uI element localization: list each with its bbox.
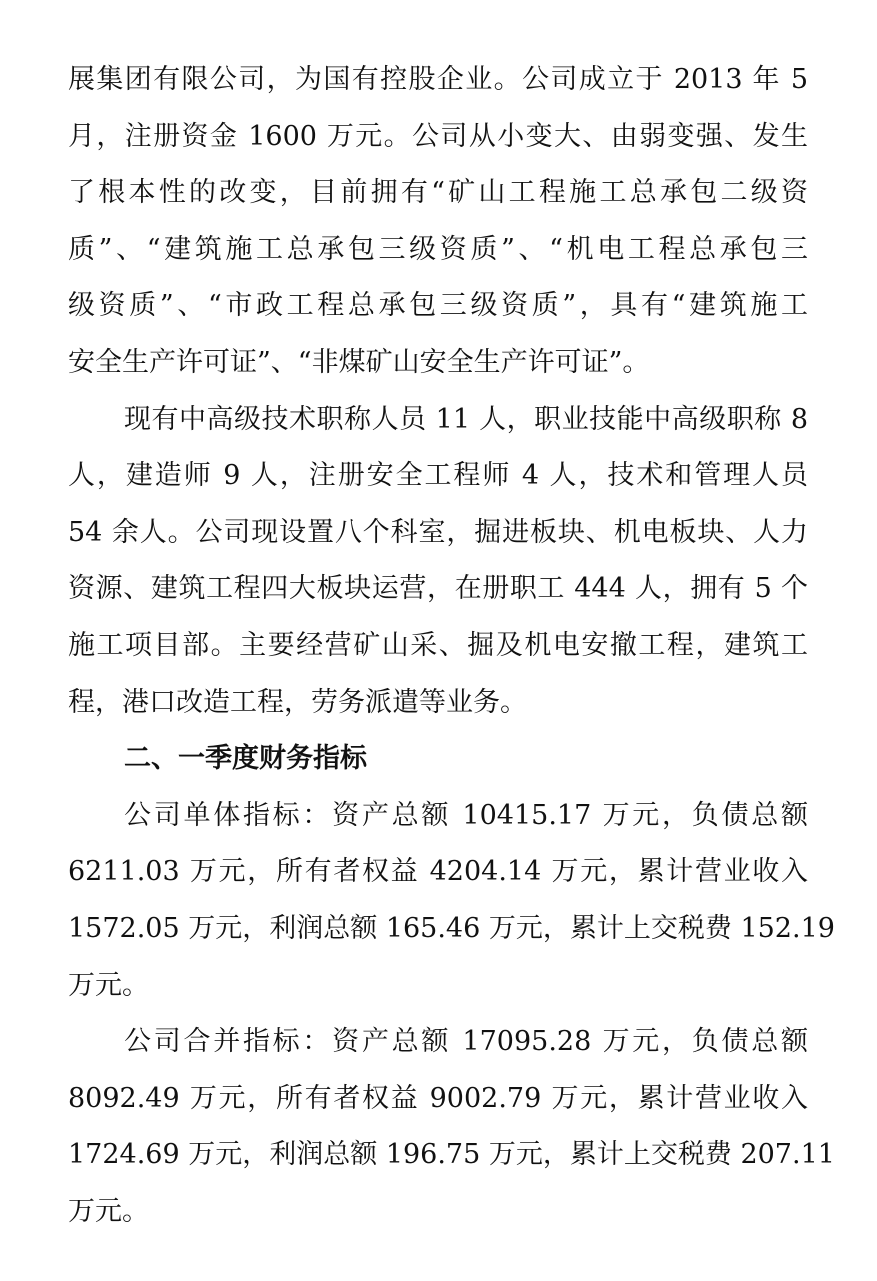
section-heading-financial-indicators: 二、一季度财务指标 [68,739,808,796]
paragraph-company-intro-line: 展集团有限公司，为国有控股企业。公司成立于 2013 年 5 [68,60,808,117]
paragraph-standalone-indicators-line: 6211.03 万元，所有者权益 4204.14 万元，累计营业收入 [68,852,808,909]
paragraph-standalone-indicators-line: 1572.05 万元，利润总额 165.46 万元，累计上交税费 152.19 [68,909,808,966]
paragraph-standalone-indicators-line: 公司单体指标：资产总额 10415.17 万元，负债总额 [68,796,808,853]
document-page: 展集团有限公司，为国有控股企业。公司成立于 2013 年 5 月，注册资金 16… [68,60,808,1248]
paragraph-staff-line: 程，港口改造工程，劳务派遣等业务。 [68,683,808,740]
paragraph-staff-line: 资源、建筑工程四大板块运营，在册职工 444 人，拥有 5 个 [68,569,808,626]
paragraph-standalone-indicators-line: 万元。 [68,966,808,1023]
paragraph-staff-line: 现有中高级技术职称人员 11 人，职业技能中高级职称 8 [68,400,808,457]
paragraph-consolidated-indicators-line: 1724.69 万元，利润总额 196.75 万元，累计上交税费 207.11 [68,1135,808,1192]
paragraph-company-intro-line: 了根本性的改变，目前拥有“矿山工程施工总承包二级资 [68,173,808,230]
paragraph-staff-line: 施工项目部。主要经营矿山采、掘及机电安撤工程，建筑工 [68,626,808,683]
paragraph-consolidated-indicators-line: 万元。 [68,1192,808,1249]
paragraph-staff-line: 人，建造师 9 人，注册安全工程师 4 人，技术和管理人员 [68,456,808,513]
paragraph-consolidated-indicators-line: 8092.49 万元，所有者权益 9002.79 万元，累计营业收入 [68,1079,808,1136]
paragraph-company-intro-line: 级资质”、“市政工程总承包三级资质”，具有“建筑施工 [68,286,808,343]
paragraph-consolidated-indicators-line: 公司合并指标：资产总额 17095.28 万元，负债总额 [68,1022,808,1079]
paragraph-company-intro-line: 安全生产许可证”、“非煤矿山安全生产许可证”。 [68,343,808,400]
paragraph-company-intro-line: 月，注册资金 1600 万元。公司从小变大、由弱变强、发生 [68,117,808,174]
paragraph-staff-line: 54 余人。公司现设置八个科室，掘进板块、机电板块、人力 [68,513,808,570]
paragraph-company-intro-line: 质”、“建筑施工总承包三级资质”、“机电工程总承包三 [68,230,808,287]
